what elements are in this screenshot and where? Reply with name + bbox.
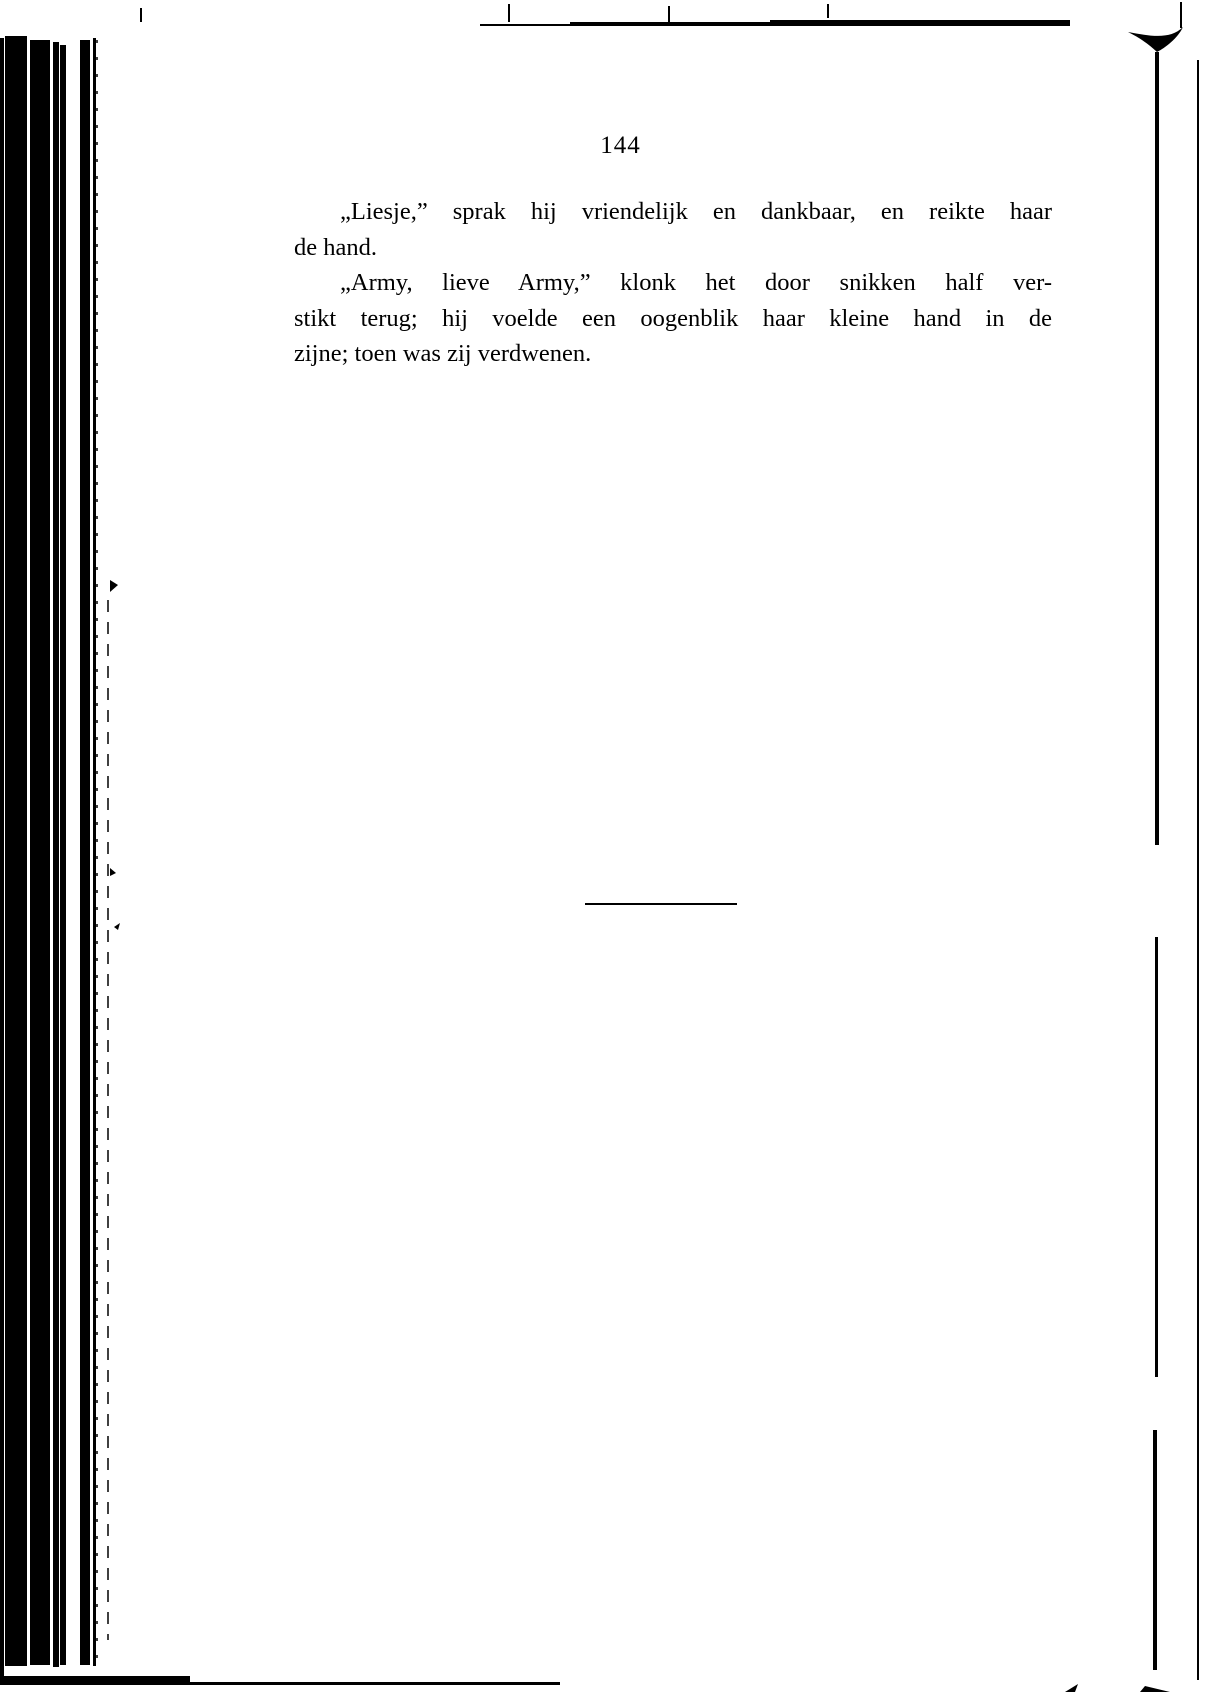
right-edge-bracket [1065, 2, 1199, 1692]
left-margin-ticks [97, 40, 108, 1660]
left-margin-marks [110, 580, 120, 930]
paragraph: „Army, lieve Army,” klonk het door snikk… [294, 265, 1052, 372]
text-line: de hand. [294, 230, 1052, 266]
text-line: stikt terug; hij voelde een oogenblik ha… [294, 301, 1052, 337]
body-text: „Liesje,” sprak hij vriendelijk en dankb… [294, 194, 1052, 372]
page-number: 144 [0, 132, 1209, 160]
top-edge-shadow [140, 4, 1070, 26]
section-end-rule [585, 903, 737, 905]
paragraph: „Liesje,” sprak hij vriendelijk en dankb… [294, 194, 1052, 265]
text-line: „Liesje,” sprak hij vriendelijk en dankb… [294, 194, 1052, 230]
text-line: „Army, lieve Army,” klonk het door snikk… [294, 265, 1052, 301]
text-line: zijne; toen was zij verdwenen. [294, 336, 1052, 372]
